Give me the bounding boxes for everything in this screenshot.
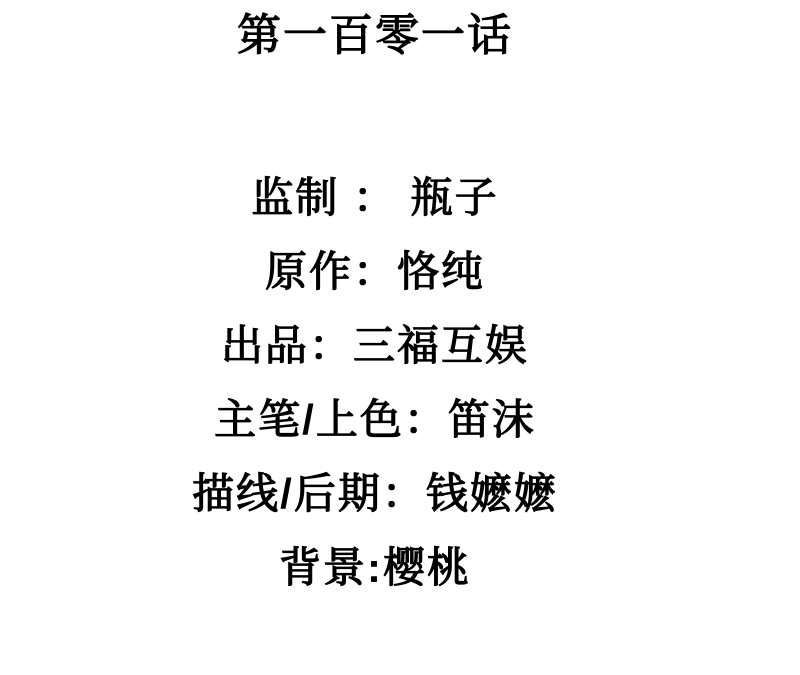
credit-line-background: 背景:樱桃 (0, 531, 750, 605)
credits-content: 第一百零一话 监制 ： 瓶子 原作：恪纯 出品：三福互娱 主笔/上色：笛沫 描线… (0, 0, 750, 605)
credits-list: 监制 ： 瓶子 原作：恪纯 出品：三福互娱 主笔/上色：笛沫 描线/后期：钱嬷嬷… (0, 161, 750, 605)
credit-line-supervisor: 监制 ： 瓶子 (0, 161, 750, 235)
credit-line-lineart-post: 描线/后期：钱嬷嬷 (0, 457, 750, 531)
comic-credits-page: 第一百零一话 监制 ： 瓶子 原作：恪纯 出品：三福互娱 主笔/上色：笛沫 描线… (0, 0, 800, 675)
chapter-title: 第一百零一话 (0, 10, 750, 63)
credit-line-producer: 出品：三福互娱 (0, 309, 750, 383)
credit-line-original-author: 原作：恪纯 (0, 235, 750, 309)
credit-line-lead-artist-color: 主笔/上色：笛沫 (0, 383, 750, 457)
